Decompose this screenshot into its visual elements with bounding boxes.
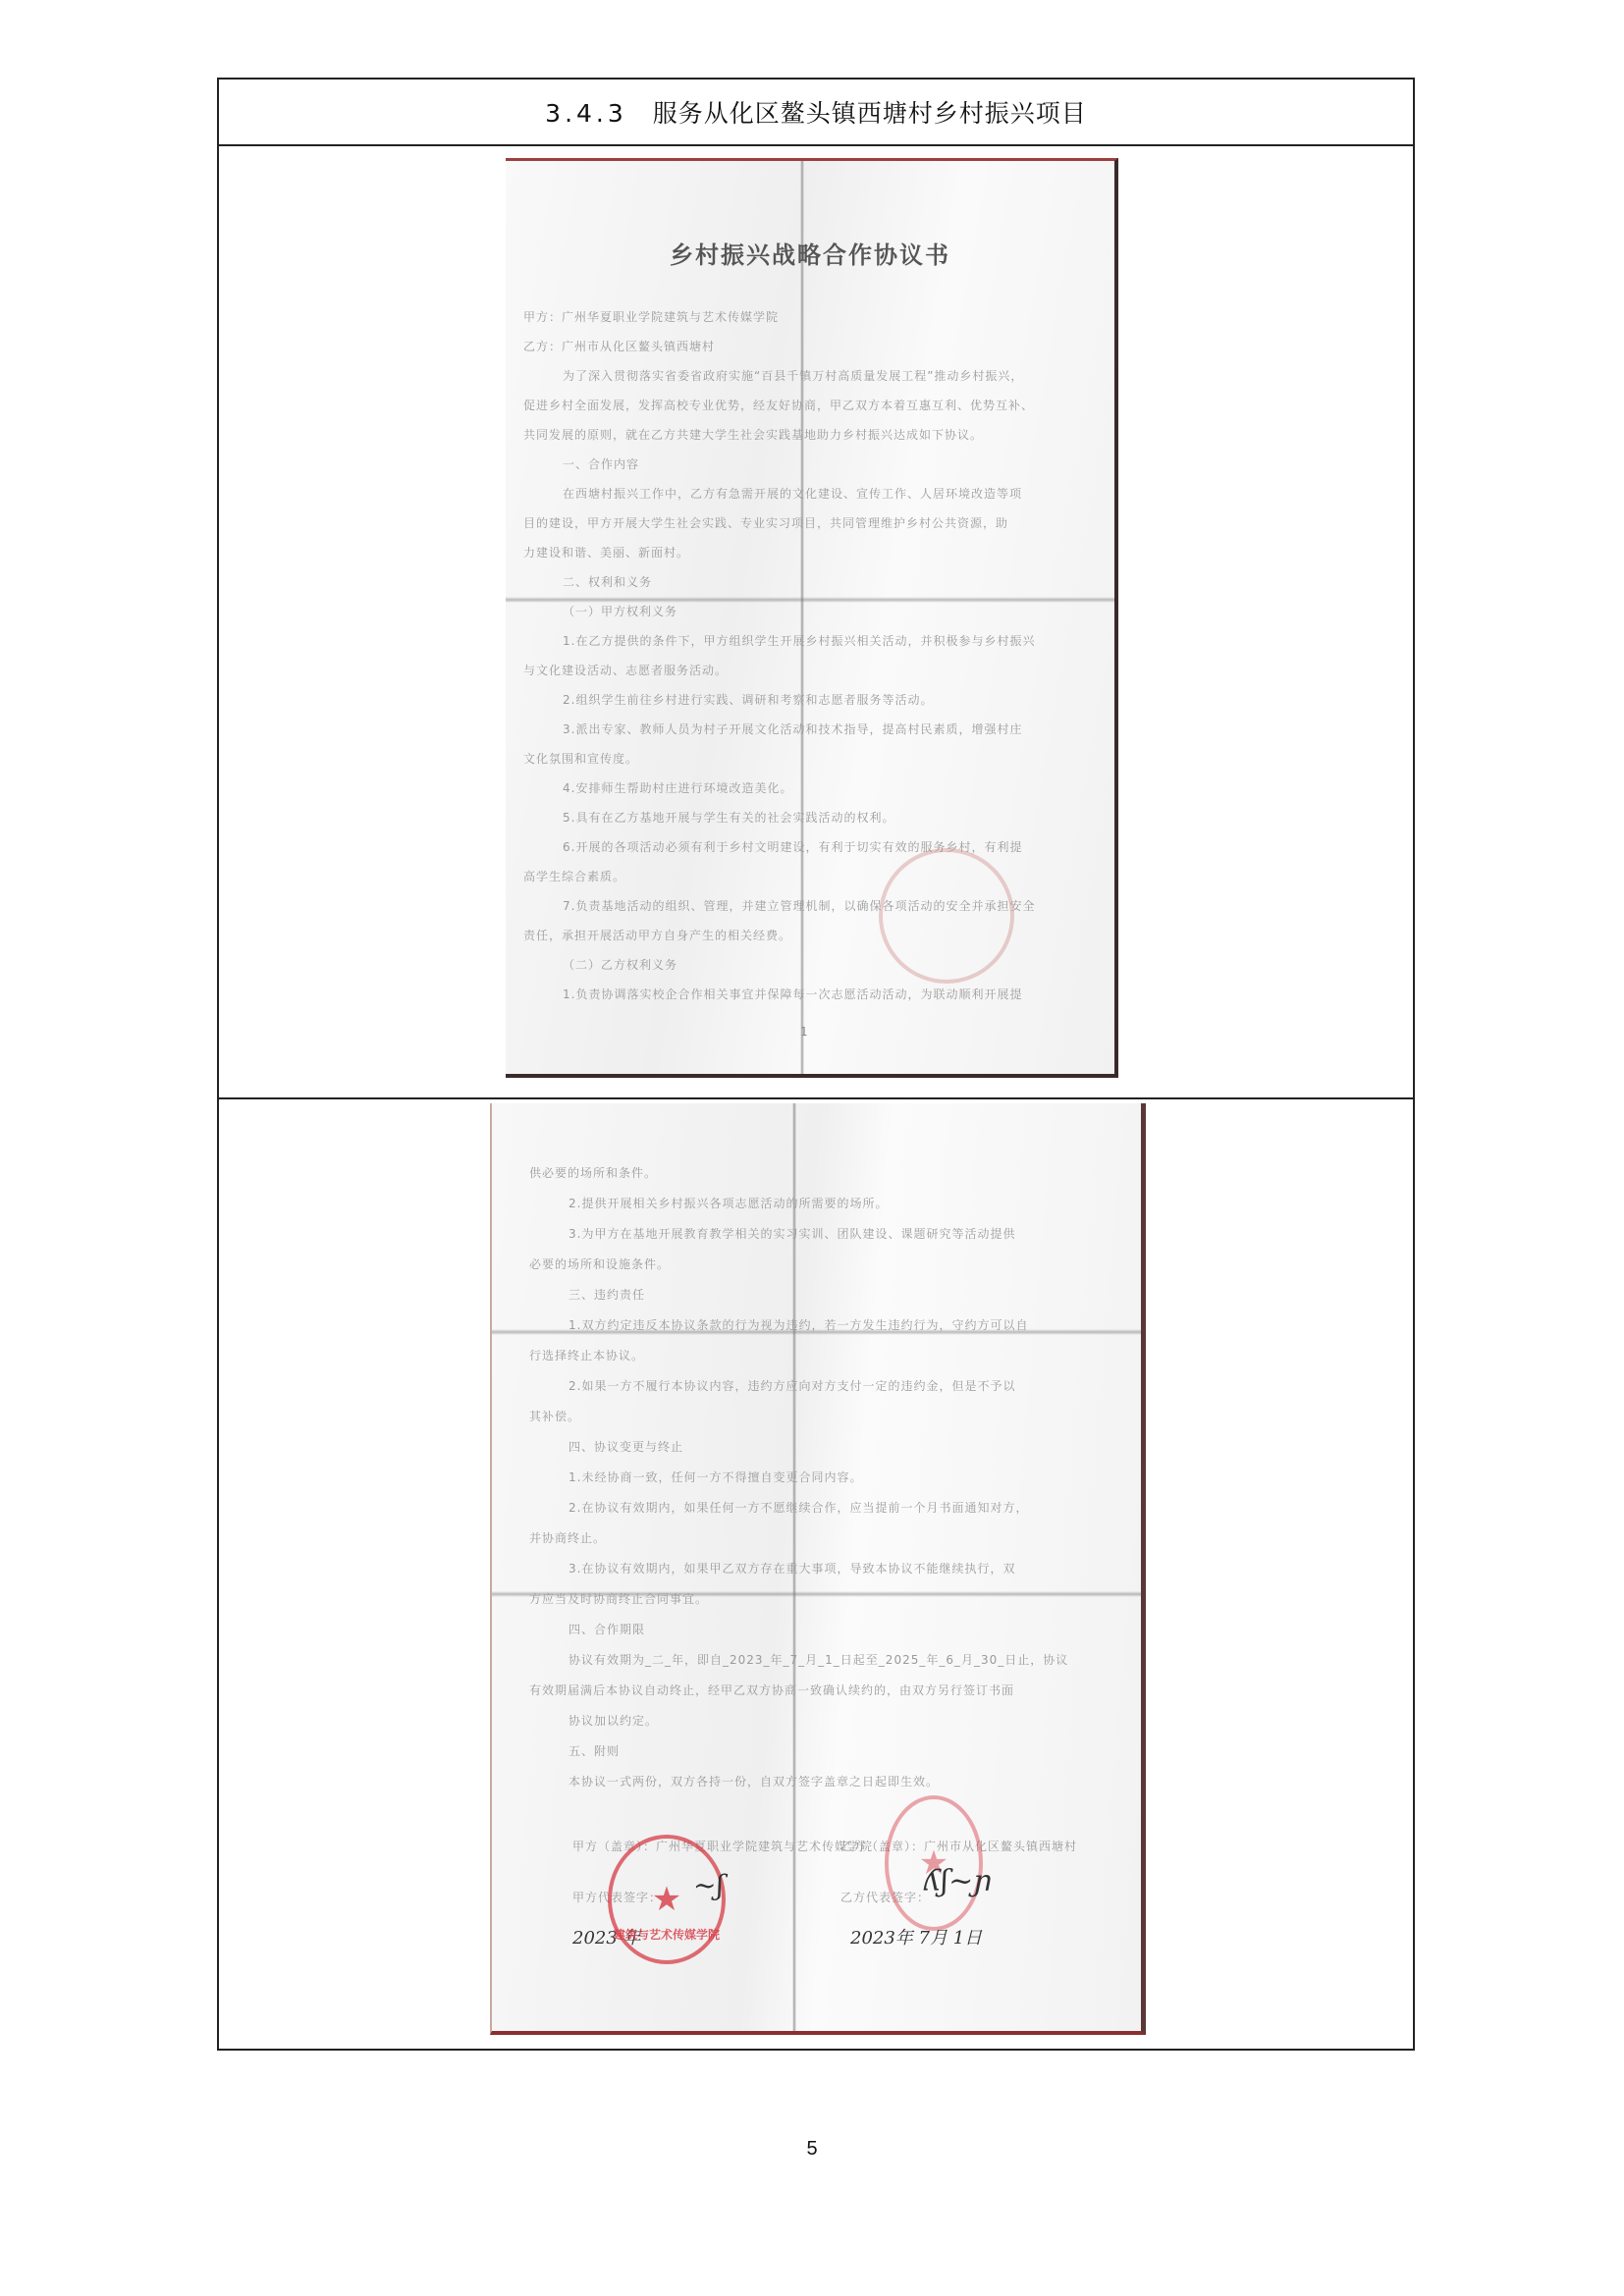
agreement-text-line: 5.具有在乙方基地开展与学生有关的社会实践活动的权利。: [563, 809, 894, 826]
agreement-text-line: 在西塘村振兴工作中，乙方有急需开展的文化建设、宣传工作、人居环境改造等项: [563, 485, 1022, 502]
agreement-text-line: 供必要的场所和条件。: [529, 1164, 657, 1181]
agreement-text-line: 其补偿。: [529, 1408, 580, 1424]
agreement-text-line: 行选择终止本协议。: [529, 1347, 644, 1363]
agreement-text-line: 必要的场所和设施条件。: [529, 1255, 670, 1272]
party-b-date: 2023年 7月 1日: [850, 1924, 982, 1949]
agreement-text-line: 一、合作内容: [563, 455, 639, 472]
section-heading: 3.4.3服务从化区鳌头镇西塘村乡村振兴项目: [545, 94, 1087, 130]
agreement-text-line: 并协商终止。: [529, 1529, 606, 1546]
agreement-photo-page2: 供必要的场所和条件。2.提供开展相关乡村振兴各项志愿活动的所需要的场所。3.为甲…: [490, 1103, 1146, 2035]
section-header-row: 3.4.3服务从化区鳌头镇西塘村乡村振兴项目: [219, 80, 1413, 146]
agreement-text-line: 二、权利和义务: [563, 573, 652, 590]
agreement-text-line: 五、附则: [568, 1742, 620, 1759]
agreement-text-line: 为了深入贯彻落实省委省政府实施“百县千镇万村高质量发展工程”推动乡村振兴，: [563, 367, 1023, 384]
agreement-text-line: 3.派出专家、教师人员为村子开展文化活动和技术指导，提高村民素质，增强村庄: [563, 721, 1022, 737]
agreement-text-line: 责任，承担开展活动甲方自身产生的相关经费。: [523, 927, 791, 943]
party-a-signature: ~ʃ: [693, 1869, 724, 1901]
agreement-text-line: 协议加以约定。: [568, 1712, 658, 1729]
agreement-text-line: 方应当及时协商终止合同事宜。: [529, 1590, 708, 1607]
agreement-title: 乡村振兴战略合作协议书: [506, 236, 1114, 270]
agreement-photo-page1: 乡村振兴战略合作协议书 甲方：广州华夏职业学院建筑与艺术传媒学院乙方：广州市从化…: [506, 158, 1118, 1078]
agreement-text-line: 乙方：广州市从化区鳌头镇西塘村: [523, 338, 715, 354]
agreement-text-line: 与文化建设活动、志愿者服务活动。: [523, 662, 728, 678]
section-title: 服务从化区鳌头镇西塘村乡村振兴项目: [653, 99, 1087, 128]
agreement-text-line: 3.在协议有效期内，如果甲乙双方存在重大事项，导致本协议不能继续执行，双: [568, 1560, 1015, 1576]
agreement-text-line: 目的建设，甲方开展大学生社会实践、专业实习项目，共同管理维护乡村公共资源，助: [523, 514, 1008, 531]
agreement-text-line: 2.组织学生前往乡村进行实践、调研和考察和志愿者服务等活动。: [563, 691, 933, 708]
agreement-text-line: （一）甲方权利义务: [563, 603, 677, 619]
photo-row-page2: 供必要的场所和条件。2.提供开展相关乡村振兴各项志愿活动的所需要的场所。3.为甲…: [219, 1099, 1413, 2049]
agreement-text-line: 1.未经协商一致，任何一方不得擅自变更合同内容。: [568, 1468, 862, 1485]
section-number: 3.4.3: [545, 99, 627, 128]
page-number: 5: [0, 2138, 1624, 2161]
party-b-seal-stamp: ★: [885, 1795, 983, 1931]
agreement-text-line: 4.安排师生帮助村庄进行环境改造美化。: [563, 779, 792, 796]
agreement-text-line: 力建设和谐、美丽、新面村。: [523, 544, 689, 561]
agreement-text-line: 1.负责协调落实校企合作相关事宜并保障每一次志愿活动活动，为联动顺利开展提: [563, 986, 1022, 1002]
agreement-text-line: 3.为甲方在基地开展教育教学相关的实习实训、团队建设、课题研究等活动提供: [568, 1225, 1015, 1242]
agreement-text-line: 有效期届满后本协议自动终止，经甲乙双方协商一致确认续约的，由双方另行签订书面: [529, 1682, 1014, 1698]
faint-seal-stamp: [879, 848, 1014, 984]
agreement-text-line: 四、协议变更与终止: [568, 1438, 683, 1455]
photo-row-page1: 乡村振兴战略合作协议书 甲方：广州华夏职业学院建筑与艺术传媒学院乙方：广州市从化…: [219, 146, 1413, 1099]
section-table: 3.4.3服务从化区鳌头镇西塘村乡村振兴项目 乡村振兴战略合作协议书 甲方：广州…: [217, 78, 1415, 2051]
agreement-text-line: 2.提供开展相关乡村振兴各项志愿活动的所需要的场所。: [568, 1195, 888, 1211]
agreement-text-line: 甲方：广州华夏职业学院建筑与艺术传媒学院: [523, 308, 779, 325]
agreement-text-line: 1.双方约定违反本协议条款的行为视为违约，若一方发生违约行为，守约方可以自: [568, 1316, 1028, 1333]
agreement-text-line: 协议有效期为_二_年，即自_2023_年_7_月_1_日起至_2025_年_6_…: [568, 1651, 1068, 1668]
agreement-text-line: 三、违约责任: [568, 1286, 645, 1303]
party-b-signature: ʎʃ~ɲ: [924, 1864, 993, 1898]
seal-star-icon: ★: [652, 1880, 681, 1919]
agreement-text-line: 四、合作期限: [568, 1621, 645, 1637]
agreement-text-line: 促进乡村全面发展，发挥高校专业优势，经友好协商，甲乙双方本着互惠互利、优势互补、: [523, 397, 1034, 413]
agreement-text-line: 2.在协议有效期内，如果任何一方不愿继续合作，应当提前一个月书面通知对方，: [568, 1499, 1028, 1516]
agreement-text-line: 文化氛围和宣传度。: [523, 750, 638, 767]
agreement-text-line: 2.如果一方不履行本协议内容，违约方应向对方支付一定的违约金，但是不予以: [568, 1377, 1015, 1394]
agreement-text-line: 1.在乙方提供的条件下，甲方组织学生开展乡村振兴相关活动，并积极参与乡村振兴: [563, 632, 1035, 649]
agreement-text-line: 共同发展的原则，就在乙方共建大学生社会实践基地助力乡村振兴达成如下协议。: [523, 426, 983, 443]
agreement-text-line: 本协议一式两份，双方各持一份，自双方签字盖章之日起即生效。: [568, 1773, 939, 1789]
agreement-text-line: 高学生综合素质。: [523, 868, 625, 884]
seal-a-text: 建筑与艺术传媒学院: [614, 1926, 720, 1943]
agreement-text-line: （二）乙方权利义务: [563, 956, 677, 973]
page-footer-number: 1: [800, 1025, 809, 1039]
party-a-label: 甲方（盖章）：广州华夏职业学院建筑与艺术传媒学院: [572, 1838, 873, 1854]
